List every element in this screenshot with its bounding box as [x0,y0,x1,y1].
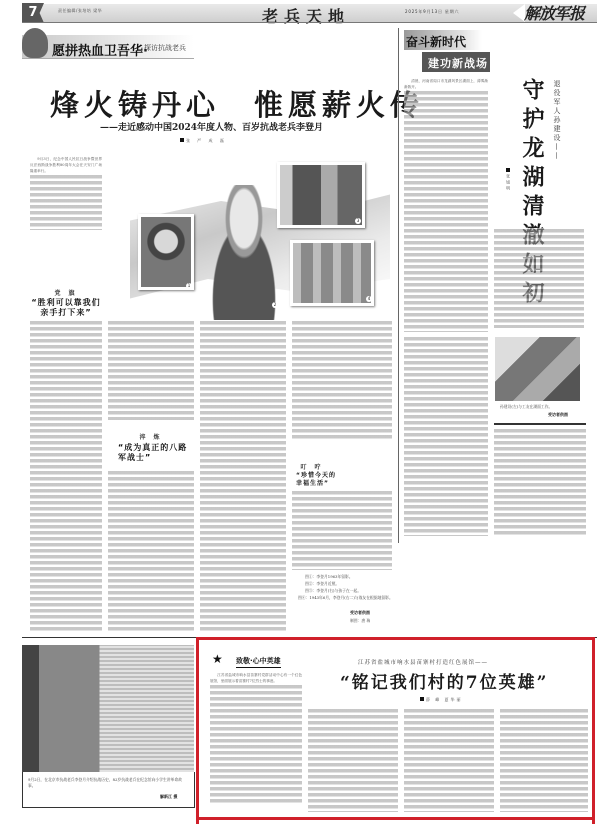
article-column [494,228,584,328]
right-banner-top-text: 奋斗新时代 [406,33,466,50]
lead-paragraph: 9月3日，纪念中国人民抗日战争暨世界反法西斯战争胜利80周年大会在天安门广场隆重… [30,156,102,174]
article-column [404,708,494,812]
great-wall-emblem-icon [22,28,48,58]
photo-number: 2 [272,302,278,308]
article-column [292,490,392,570]
photo-credit: 受访者供图 [548,412,568,418]
tribute-kicker: 江苏省盐城市响水县苗寨村打造红色展馆—— [358,658,488,666]
article-column [494,428,586,536]
photo-caption: 图②：李登月近照。 [305,581,395,587]
caption-rule [494,423,586,425]
tribute-headline: “铭记我们村的7位英雄” [340,668,548,693]
body-text [292,320,392,440]
photo-caption: 图④：1943年6月，李登月(右二)与战友在根据地留影。 [298,595,394,601]
portrait-photo-young [138,214,194,290]
photo-caption: 图③：李登月(右)与孩子在一起。 [305,588,395,594]
tribute-box-bottom-border [196,817,595,820]
body-text [292,490,392,570]
star-icon: ★ [212,652,223,666]
section-label: 党 旗 [30,288,102,297]
header-rule [22,22,597,23]
body-text [500,708,588,812]
section-title: 老兵天地 [262,4,350,27]
article-column [108,470,194,632]
lead-paragraph: 清晨，河南省周口市龙湖风景区湖面上，薄雾渐渐散开。 [404,78,488,90]
banner-title: 愿拼热血卫吾华 [52,44,143,59]
body-text [308,708,398,812]
lead-paragraph: 江苏省盐城市响水县苗寨村党群活动中心有一个红色展馆，里面展示着苗寨村7位烈士的事… [210,672,302,684]
body-text [30,174,102,230]
photo-credit: 解新江 摄 [160,794,177,800]
column-banner-title: 愿拼热血卫吾华· [52,40,148,59]
article-column [200,320,286,632]
section-title: “胜利可以靠我们亲手打下来” [30,298,102,318]
tribute-byline: 薛 峰 夏华丽 [420,697,463,703]
right-kicker: 退役军人孙建设—— [552,80,561,161]
photo-caption: 孙建设(左)与工友在湖面工作。 [500,404,585,410]
photo-soldiers [290,240,374,306]
layout-credit: 制图：唐 瑞 [350,618,370,624]
paper-logo: 解放军报 [524,1,584,24]
section-label: 叮 咛 [292,462,332,471]
body-text [404,708,494,812]
tribute-column-label: 致敬·心中英雄 [236,656,281,668]
article-column [108,320,194,420]
article-column [500,708,588,812]
veteran-with-students-photo [22,645,194,772]
article-column [30,320,102,632]
column-banner-subtitle: 探访抗战老兵 [144,43,186,53]
photo-number: 3 [355,218,361,224]
section-title: “成为真正的八路军战士” [118,443,194,463]
section-label: 淬 炼 [108,432,194,441]
body-text [494,428,586,536]
photo-caption: 9月2日，在北京市抗战老兵李登月介绍抗战历史，82岁抗战老兵在纪念馆向小学生讲革… [28,777,188,789]
right-byline: 张旭明 [505,168,511,192]
main-byline: 张 严 成 磊 [180,138,227,144]
article-column: 9月3日，纪念中国人民抗日战争暨世界反法西斯战争胜利80周年大会在天安门广场隆重… [30,156,102,234]
main-subhead: ——走近感动中国2024年度人物、百岁抗战老兵李登月 [100,120,323,133]
body-text [200,320,286,632]
editor-credit: 责任编辑/张培培 梁华 [58,8,102,14]
body-text [494,228,584,328]
photo-number: 4 [366,296,372,302]
section-title: “珍惜今天的幸福生活” [296,472,336,488]
photo-number: 1 [186,283,192,289]
body-text [30,320,102,632]
body-text [108,320,194,420]
lake-work-photo [495,337,580,401]
body-text [210,684,302,804]
main-headline: 烽火铸丹心 惟愿薪火传 [50,83,424,124]
article-column: 江苏省盐城市响水县苗寨村党群活动中心有一个红色展馆，里面展示着苗寨村7位烈士的事… [210,672,302,812]
article-column [308,708,398,812]
issue-date: 2025年9月13日 星期六 [405,9,459,15]
photo-with-child [277,162,365,228]
column-divider [398,28,399,543]
body-text [404,336,488,536]
article-column [292,320,392,440]
photo-caption: 图①：李登月1963年留影。 [305,574,395,580]
article-column [404,336,488,536]
photo-credit: 受访者供图 [350,610,370,616]
body-text [108,470,194,632]
body-text [404,90,488,332]
right-banner-bottom-text: 建功新战场 [428,55,488,71]
article-column: 清晨，河南省周口市龙湖风景区湖面上，薄雾渐渐散开。 [404,78,488,332]
